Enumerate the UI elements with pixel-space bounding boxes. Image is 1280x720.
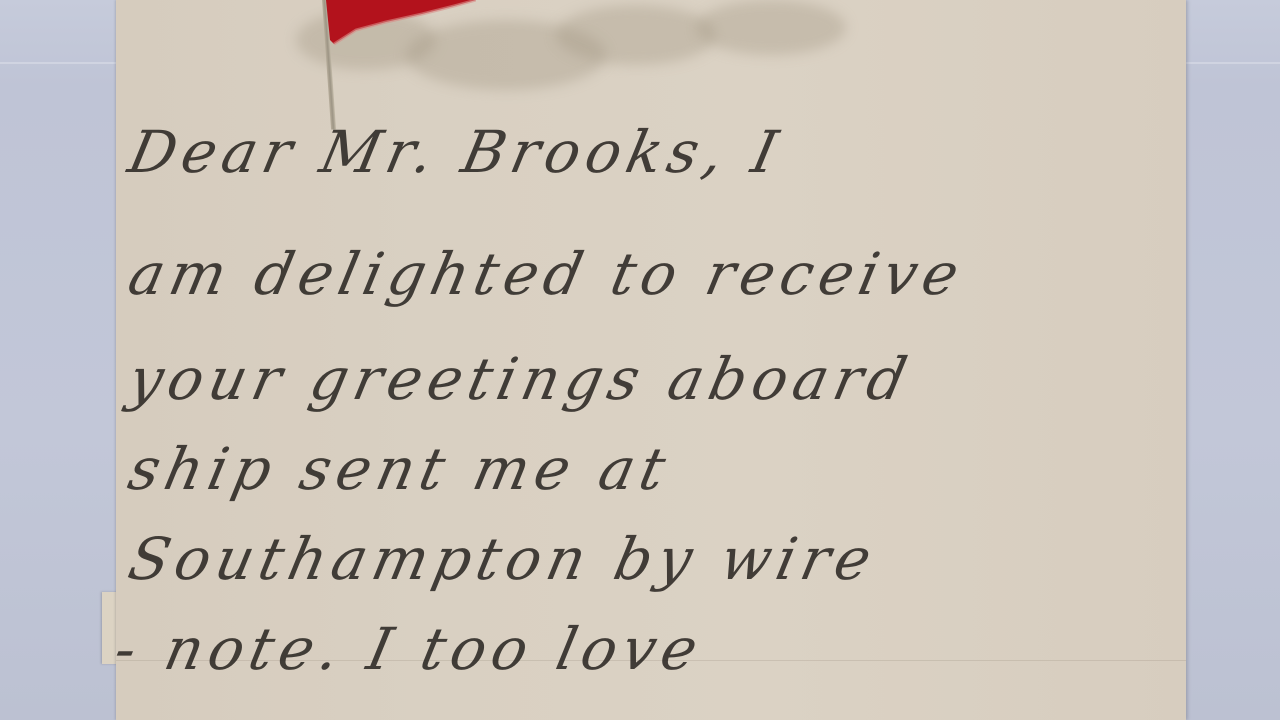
letter-line-2: am delighted to receive (123, 240, 971, 308)
letter-line-1: Dear Mr. Brooks, I (123, 118, 790, 186)
letter-line-6: - note. I too love (116, 615, 710, 683)
letter-paper: Dear Mr. Brooks, I am delighted to recei… (116, 0, 1186, 720)
letter-line-3: your greetings aboard (123, 345, 919, 413)
letter-line-5: Southampton by wire (123, 525, 883, 593)
handwritten-text: Dear Mr. Brooks, I am delighted to recei… (116, 0, 1186, 720)
letter-line-4: ship sent me at (123, 435, 678, 503)
